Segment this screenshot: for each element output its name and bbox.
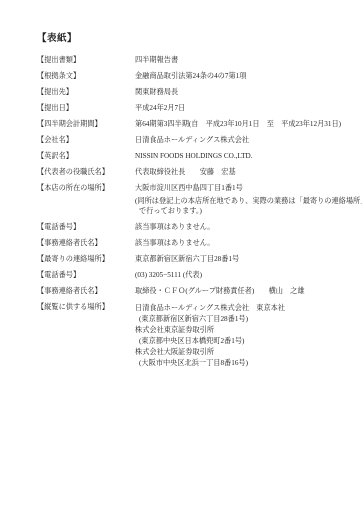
field-label: 【根拠条文】 — [37, 72, 135, 81]
field-row-company-name: 【会社名】 日清食品ホールディングス株式会社 — [37, 136, 350, 145]
field-value: 該当事項はありません。 — [135, 223, 215, 232]
field-row-contact-person: 【事務連絡者氏名】 該当事項はありません。 — [37, 239, 350, 248]
document-content: 【表紙】 【提出書類】 四半期報告書 【根拠条文】 金融商品取引法第24条の4の… — [0, 0, 362, 369]
field-value: 該当事項はありません。 — [135, 239, 215, 248]
field-row-representative: 【代表者の役職氏名】 代表取締役社長 安藤 宏基 — [37, 168, 350, 177]
field-value-block: 大阪市淀川区西中島四丁目1番1号 (同所は登記上の本店所在地であり、実際の業務は… — [135, 184, 350, 216]
field-row-head-office: 【本店の所在の場所】 大阪市淀川区西中島四丁目1番1号 (同所は登記上の本店所在… — [37, 184, 350, 216]
field-label: 【最寄りの連絡場所】 — [37, 255, 135, 264]
location-line: 日清食品ホールディングス株式会社 東京本社 — [135, 303, 285, 314]
field-row-contact-person-2: 【事務連絡者氏名】 取締役・ＣＦＯ(グループ財務責任者) 横山 之雄 — [37, 287, 350, 296]
field-value: 関東財務局長 — [135, 88, 178, 97]
field-value: 取締役・ＣＦＯ(グループ財務責任者) 横山 之雄 — [135, 287, 305, 296]
field-value: 代表取締役社長 安藤 宏基 — [135, 168, 236, 177]
field-label: 【四半期会計期間】 — [37, 120, 135, 129]
field-value: 東京都新宿区新宿六丁目28番1号 — [135, 255, 239, 264]
field-value: (03) 3205−5111 (代表) — [135, 271, 202, 280]
field-row-inspection-places: 【縦覧に供する場所】 日清食品ホールディングス株式会社 東京本社 (東京都新宿区… — [37, 303, 350, 369]
field-label: 【本店の所在の場所】 — [37, 184, 135, 193]
field-label: 【英訳名】 — [37, 152, 135, 161]
field-value: NISSIN FOODS HOLDINGS CO.,LTD. — [135, 152, 253, 161]
field-label: 【縦覧に供する場所】 — [37, 303, 135, 312]
field-label: 【代表者の役職氏名】 — [37, 168, 135, 177]
field-label: 【事務連絡者氏名】 — [37, 287, 135, 296]
document-page: 【表紙】 【提出書類】 四半期報告書 【根拠条文】 金融商品取引法第24条の4の… — [0, 0, 362, 512]
field-label: 【提出書類】 — [37, 56, 135, 65]
field-label: 【提出先】 — [37, 88, 135, 97]
location-line: (大阪市中央区北浜一丁目8番16号) — [135, 358, 285, 369]
field-row-phone-number-2: 【電話番号】 (03) 3205−5111 (代表) — [37, 271, 350, 280]
location-line: 株式会社大阪証券取引所 — [135, 347, 285, 358]
field-label: 【事務連絡者氏名】 — [37, 239, 135, 248]
field-label: 【提出日】 — [37, 104, 135, 113]
field-value: 日清食品ホールディングス株式会社 — [135, 136, 249, 145]
field-row-legal-basis: 【根拠条文】 金融商品取引法第24条の4の7第1項 — [37, 72, 350, 81]
note-line: (同所は登記上の本店所在地であり、実際の業務は「最寄りの連絡場所」 — [135, 196, 350, 206]
field-row-english-name: 【英訳名】 NISSIN FOODS HOLDINGS CO.,LTD. — [37, 152, 350, 161]
field-row-document-type: 【提出書類】 四半期報告書 — [37, 56, 350, 65]
field-row-filing-date: 【提出日】 平成24年2月7日 — [37, 104, 350, 113]
note-line: で行っております。) — [135, 206, 350, 216]
head-office-note: (同所は登記上の本店所在地であり、実際の業務は「最寄りの連絡場所」 で行っており… — [135, 196, 350, 216]
location-line: (東京都中央区日本橋兜町2番1号) — [135, 336, 285, 347]
field-value: 平成24年2月7日 — [135, 104, 185, 113]
field-row-quarter-period: 【四半期会計期間】 第64期第3四半期(自 平成23年10月1日 至 平成23年… — [37, 120, 350, 129]
location-line: 株式会社東京証券取引所 — [135, 325, 285, 336]
field-label: 【会社名】 — [37, 136, 135, 145]
inspection-locations: 日清食品ホールディングス株式会社 東京本社 (東京都新宿区新宿六丁目28番1号)… — [135, 303, 285, 369]
field-label: 【電話番号】 — [37, 271, 135, 280]
field-label: 【電話番号】 — [37, 223, 135, 232]
page-title: 【表紙】 — [37, 34, 350, 44]
location-line: (東京都新宿区新宿六丁目28番1号) — [135, 314, 285, 325]
field-value: 第64期第3四半期(自 平成23年10月1日 至 平成23年12月31日) — [135, 120, 341, 129]
field-row-nearest-contact-place: 【最寄りの連絡場所】 東京都新宿区新宿六丁目28番1号 — [37, 255, 350, 264]
field-value: 四半期報告書 — [135, 56, 178, 65]
field-row-filed-to: 【提出先】 関東財務局長 — [37, 88, 350, 97]
field-value: 金融商品取引法第24条の4の7第1項 — [135, 72, 246, 81]
field-row-phone-number: 【電話番号】 該当事項はありません。 — [37, 223, 350, 232]
field-value: 大阪市淀川区西中島四丁目1番1号 — [135, 184, 350, 193]
